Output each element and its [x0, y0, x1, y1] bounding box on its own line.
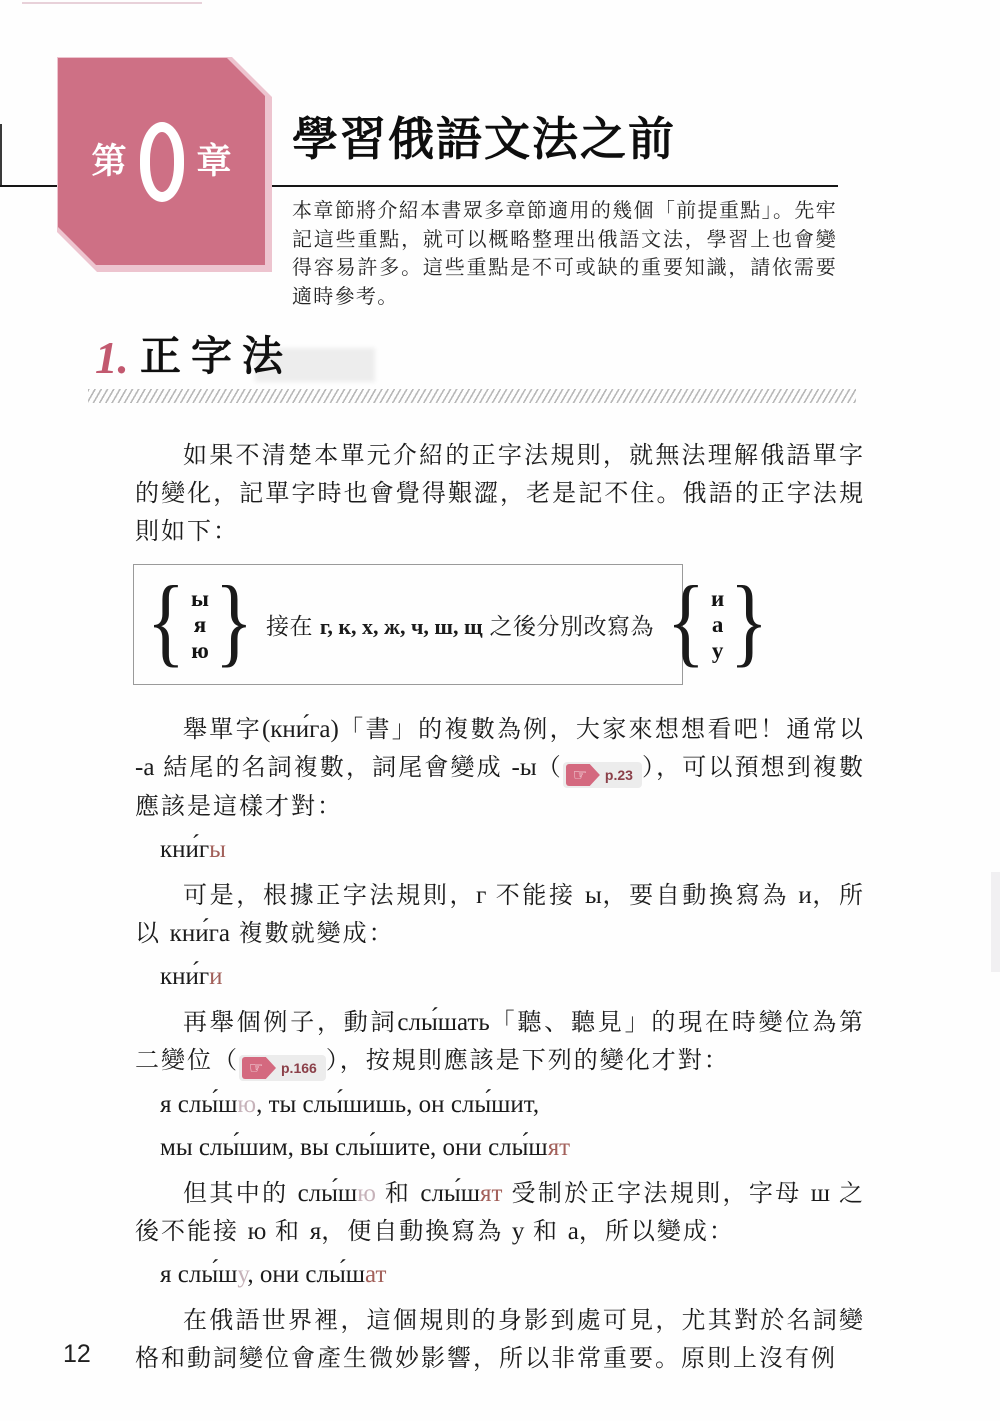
- rule-letter: у: [712, 638, 724, 664]
- text-run: ，便自動換寫為: [321, 1218, 512, 1245]
- text-run: -ы: [512, 754, 537, 781]
- text-run: ш: [811, 1180, 830, 1207]
- body-paragraph: 再舉個例子，動詞слы́шать「聽、聽見」的現在時變位為第二變位（☞p.166…: [135, 1004, 865, 1081]
- russian-example-line: я слы́шю, ты слы́шишь, он слы́шит,: [160, 1085, 865, 1124]
- chapter-suffix-label: 章: [197, 144, 232, 179]
- section-title: 正字法: [140, 334, 293, 379]
- text-run: 不能接: [486, 882, 585, 909]
- text-run: ю: [237, 1091, 256, 1118]
- right-open-brace: {: [667, 571, 705, 671]
- text-run: 再舉個例子，動詞: [183, 1009, 397, 1036]
- russian-example-line: кни́гы: [160, 830, 865, 869]
- chapter-badge: 第 章: [57, 57, 272, 272]
- text-run: я слы́ш: [160, 1091, 237, 1118]
- russian-example-line: кни́ги: [160, 957, 865, 996]
- page-reference-label: p.23: [605, 768, 633, 782]
- text-run: и: [209, 963, 222, 990]
- pointing-hand-icon: ☞: [573, 767, 589, 783]
- text-run: 可是，根據正字法規則，: [183, 882, 476, 909]
- orthography-rule-box: { ыяю } 接在 г, к, х, ж, ч, ш, щ 之後分別改寫為 {…: [133, 564, 683, 685]
- text-run: 複數就變成：: [230, 920, 395, 947]
- pointing-hand-icon: ☞: [249, 1060, 265, 1076]
- text-run: (кни́га): [262, 716, 339, 743]
- text-run: слы́ш: [298, 1180, 358, 1207]
- body-paragraph: 可是，根據正字法規則，г 不能接 ы，要自動換寫為 и，所以 кни́га 複數…: [135, 877, 865, 953]
- rule-letter: ю: [191, 638, 209, 664]
- text-run: ю: [357, 1180, 376, 1207]
- rule-lead: 接在: [266, 613, 320, 639]
- chapter-badge-inner: 第 章: [58, 58, 265, 265]
- paragraphs-before-box: 如果不清楚本單元介紹的正字法規則，就無法理解俄語單字的變化，記單字時也會覺得艱澀…: [135, 437, 865, 551]
- text-run: 結尾的名詞複數，詞尾會變成: [154, 754, 511, 781]
- section-hatch-band: [88, 389, 856, 403]
- rule-left-letter-column: ыяю: [190, 586, 210, 664]
- text-run: ат: [365, 1261, 386, 1288]
- body-content: 如果不清楚本單元介紹的正字法規則，就無法理解俄語單字的變化，記單字時也會覺得艱澀…: [135, 437, 865, 1378]
- text-run: кни́г: [160, 963, 209, 990]
- left-open-brace: {: [147, 571, 185, 671]
- text-run: у: [512, 1218, 525, 1245]
- page-reference-badge: ☞p.23: [563, 762, 642, 788]
- text-run: 但其中的: [183, 1180, 298, 1207]
- book-page: 第 章 學習俄語文法之前 本章節將介紹本書眾多章節適用的幾個「前提重點」。先牢記…: [0, 0, 1000, 1421]
- pointing-hand-tag: ☞: [242, 1057, 276, 1079]
- rule-right-letter-column: иау: [710, 586, 725, 664]
- text-run: г: [476, 882, 486, 909]
- text-run: 在俄語世界裡，這個規則的身影到處可見，尤其對於名詞變格和動詞變位會產生微妙影響，…: [135, 1307, 865, 1372]
- text-run: ，所以變成：: [579, 1218, 735, 1245]
- text-run: мы слы́шим, вы слы́шите, они слы́ш: [160, 1134, 548, 1161]
- text-run: ю: [248, 1218, 267, 1245]
- text-run: слы́шать: [397, 1009, 489, 1036]
- text-run: кни́га: [170, 920, 230, 947]
- rule-tail: 之後分別改寫為: [483, 613, 654, 639]
- rule-letter: и: [711, 586, 724, 612]
- body-paragraph: 如果不清楚本單元介紹的正字法規則，就無法理解俄語單字的變化，記單字時也會覺得艱澀…: [135, 437, 865, 551]
- page-number: 12: [63, 1340, 91, 1369]
- scan-artifact-top-line: [22, 2, 202, 4]
- text-run: я: [310, 1218, 322, 1245]
- chapter-intro: 本章節將介紹本書眾多章節適用的幾個「前提重點」。先牢記這些重點，就可以概略整理出…: [292, 197, 837, 311]
- page-reference-badge: ☞p.166: [239, 1055, 326, 1081]
- text-run: ят: [480, 1180, 502, 1207]
- text-run: кни́г: [160, 836, 209, 863]
- text-run: , ты слы́шишь, он слы́шит,: [256, 1091, 539, 1118]
- russian-example-line: мы слы́шим, вы слы́шите, они слы́шят: [160, 1128, 865, 1167]
- body-paragraph: 在俄語世界裡，這個規則的身影到處可見，尤其對於名詞變格和動詞變位會產生微妙影響，…: [135, 1302, 865, 1378]
- text-run: ），按規則應該是下列的變化才對：: [326, 1047, 730, 1074]
- scan-artifact-left-mark: [0, 124, 2, 187]
- text-run: -a: [135, 754, 154, 781]
- text-run: ы: [585, 882, 602, 909]
- chapter-number-zero-glyph: [140, 122, 184, 202]
- text-run: и: [798, 882, 811, 909]
- text-run: 受制於正字法規則，字母: [502, 1180, 810, 1207]
- paragraphs-after-box: 舉單字(кни́га)「書」的複數為例，大家來想想看吧！通常以 -a 結尾的名詞…: [135, 711, 865, 1378]
- text-run: 和: [524, 1218, 567, 1245]
- body-paragraph: 舉單字(кни́га)「書」的複數為例，大家來想想看吧！通常以 -a 結尾的名詞…: [135, 711, 865, 826]
- text-run: 「書」的複數為例，大家來想想看吧！通常以: [339, 716, 865, 743]
- text-run: 和: [376, 1180, 420, 1207]
- text-run: 和: [266, 1218, 309, 1245]
- text-run: ы: [209, 836, 226, 863]
- text-run: 如果不清楚本單元介紹的正字法規則，就無法理解俄語單字的變化，記單字時也會覺得艱澀…: [135, 442, 865, 545]
- rule-letter: а: [712, 612, 724, 638]
- scan-artifact-right-strip: [991, 872, 1000, 972]
- rule-letter: я: [194, 612, 206, 638]
- text-run: 舉單字: [183, 716, 262, 743]
- left-close-brace: }: [215, 571, 253, 671]
- russian-example-line: я слы́шу, они слы́шат: [160, 1255, 865, 1294]
- text-run: слы́ш: [420, 1180, 480, 1207]
- text-run: ，要自動換寫為: [602, 882, 799, 909]
- page-reference-label: p.166: [281, 1061, 317, 1075]
- pointing-hand-tag: ☞: [566, 764, 600, 786]
- right-close-brace: }: [730, 571, 768, 671]
- text-run: у: [237, 1261, 247, 1288]
- body-paragraph: 但其中的 слы́шю 和 слы́шят 受制於正字法規則，字母 ш 之後不能…: [135, 1175, 865, 1251]
- rule-middle-text: 接在 г, к, х, ж, ч, ш, щ 之後分別改寫為: [266, 608, 654, 641]
- text-run: я слы́ш: [160, 1261, 237, 1288]
- chapter-title: 學習俄語文法之前: [292, 112, 676, 167]
- section-number: 1.: [95, 336, 129, 381]
- rule-consonants: г, к, х, ж, ч, ш, щ: [320, 614, 483, 639]
- text-run: а: [568, 1218, 579, 1245]
- text-run: , они слы́ш: [247, 1261, 365, 1288]
- text-run: （: [537, 754, 563, 781]
- text-run: ят: [548, 1134, 570, 1161]
- chapter-prefix-label: 第: [91, 144, 126, 179]
- rule-letter: ы: [191, 586, 209, 612]
